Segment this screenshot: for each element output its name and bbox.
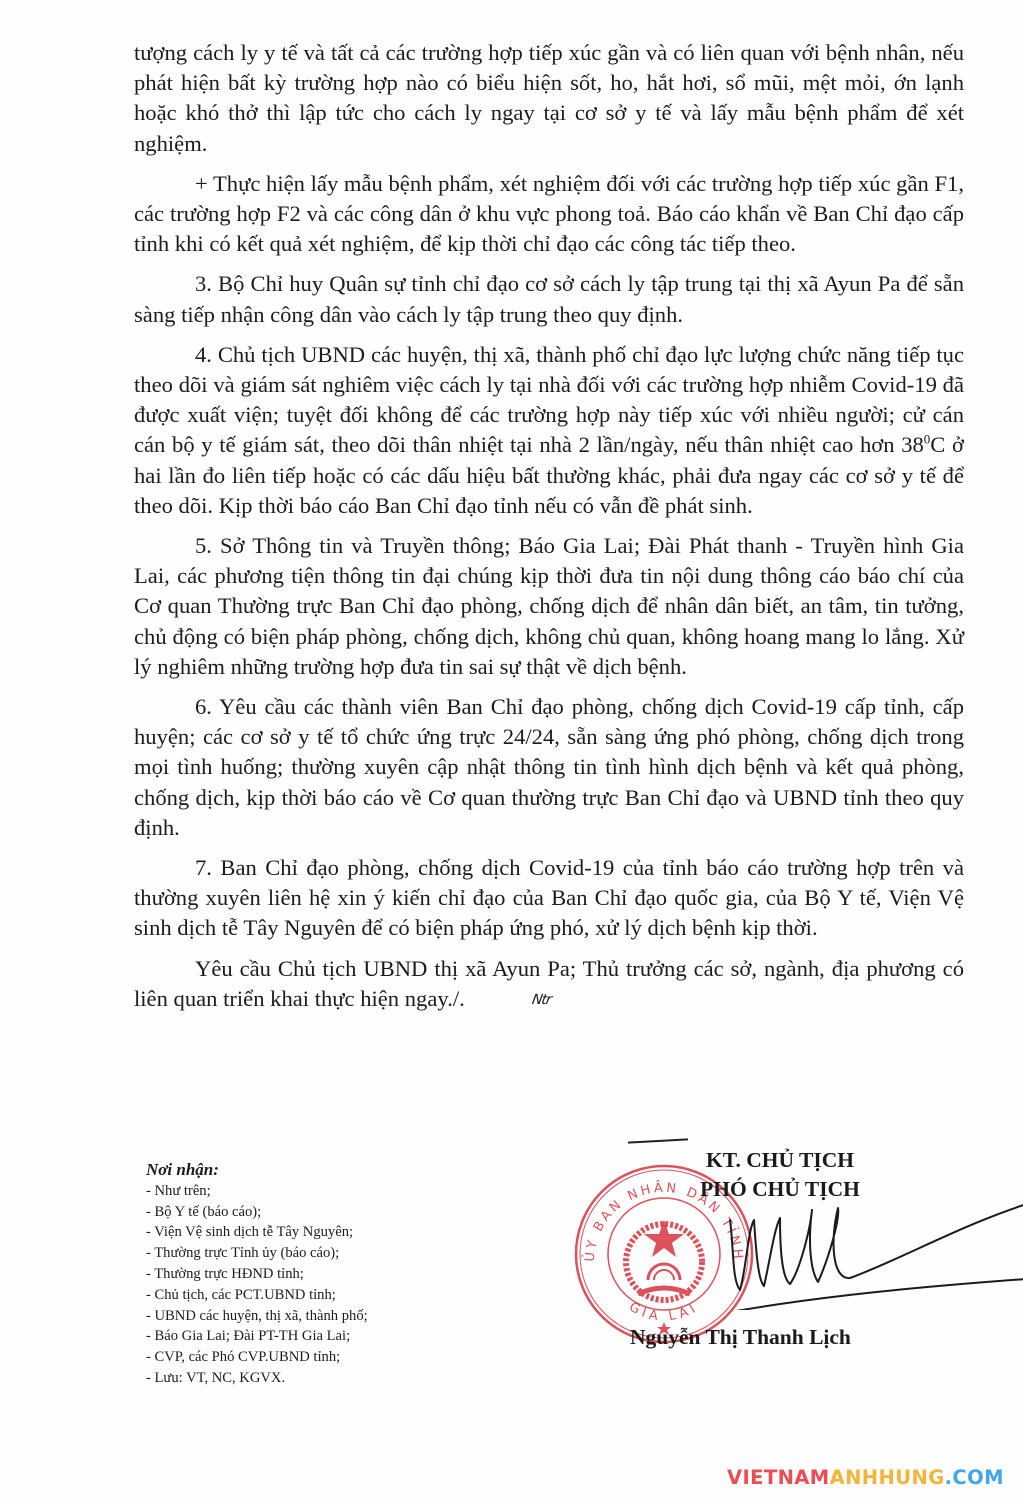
recipient-item: - Thường trực HĐND tỉnh; (146, 1264, 466, 1285)
paragraph-sampling: + Thực hiện lấy mẫu bệnh phẩm, xét nghiệ… (134, 169, 964, 260)
recipient-item: - CVP, các Phó CVP.UBND tỉnh; (146, 1347, 466, 1368)
signer-name: Nguyễn Thị Thanh Lịch (630, 1325, 910, 1350)
recipients-label: Nơi nhận: (146, 1160, 466, 1181)
recipients-block: Nơi nhận: - Như trên; - Bộ Y tế (báo cáo… (146, 1160, 466, 1389)
recipient-item: - UBND các huyện, thị xã, thành phố; (146, 1306, 466, 1327)
paragraph-item-3: 3. Bộ Chỉ huy Quân sự tỉnh chỉ đạo cơ sở… (134, 269, 964, 329)
watermark-part-3: .COM (945, 1466, 1004, 1489)
recipient-item: - Báo Gia Lai; Đài PT-TH Gia Lai; (146, 1326, 466, 1347)
handwritten-initials: Ntr (468, 985, 553, 1015)
recipient-item: - Bộ Y tế (báo cáo); (146, 1202, 466, 1223)
signature-line-1: KT. CHỦ TỊCH (680, 1146, 880, 1175)
paragraph-item-4-text: 4. Chủ tịch UBND các huyện, thị xã, thàn… (134, 342, 964, 458)
document-page: tượng cách ly y tế và tất cả các trường … (0, 0, 1023, 1501)
site-watermark: VIETNAMANHHUNG.COM (727, 1466, 1004, 1489)
handwritten-signature-icon (720, 1190, 1023, 1310)
svg-text:GIA LAI: GIA LAI (626, 1300, 701, 1325)
paragraph-closing: Yêu cầu Chủ tịch UBND thị xã Ayun Pa; Th… (134, 954, 964, 1015)
initials-underline (628, 1138, 688, 1143)
recipient-item: - Lưu: VT, NC, KGVX. (146, 1368, 466, 1389)
recipient-item: - Viện Vệ sinh dịch tễ Tây Nguyên; (146, 1222, 466, 1243)
paragraph-continuation: tượng cách ly y tế và tất cả các trường … (134, 38, 964, 159)
paragraph-item-7: 7. Ban Chỉ đạo phòng, chống dịch Covid-1… (134, 853, 964, 944)
paragraph-item-6: 6. Yêu cầu các thành viên Ban Chỉ đạo ph… (134, 692, 964, 843)
recipient-item: - Thường trực Tỉnh ủy (báo cáo); (146, 1243, 466, 1264)
watermark-part-2: ANHHUNG (830, 1466, 945, 1489)
watermark-part-1: VIETNAM (727, 1466, 830, 1489)
document-body: tượng cách ly y tế và tất cả các trường … (134, 38, 964, 1025)
paragraph-item-5: 5. Sở Thông tin và Truyền thông; Báo Gia… (134, 531, 964, 682)
recipient-item: - Như trên; (146, 1181, 466, 1202)
paragraph-item-4: 4. Chủ tịch UBND các huyện, thị xã, thàn… (134, 340, 964, 521)
recipient-item: - Chủ tịch, các PCT.UBND tỉnh; (146, 1285, 466, 1306)
